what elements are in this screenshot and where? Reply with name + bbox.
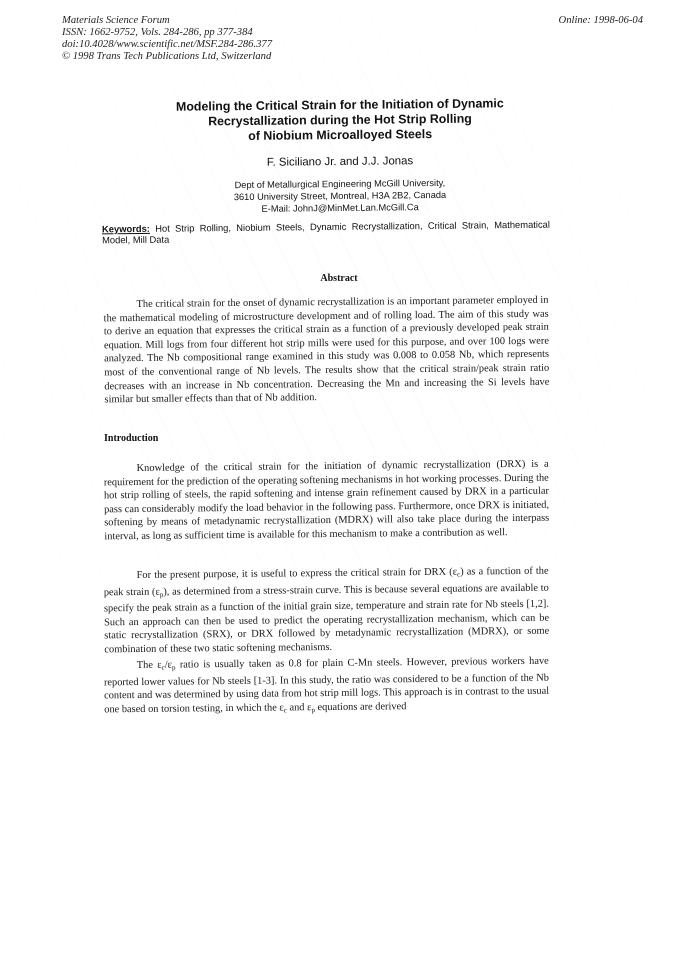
citation-header: Materials Science Forum ISSN: 1662-9752,… [62, 15, 272, 63]
paragraph-text: For the present purpose, it is useful to… [104, 565, 550, 657]
text-run: For the present purpose, it is useful to… [137, 567, 458, 581]
abstract-body: The critical strain for the onset of dyn… [103, 294, 549, 407]
introduction-paragraph-2: For the present purpose, it is useful to… [104, 565, 550, 657]
text-run: The ε [137, 660, 162, 671]
copyright-line: © 1998 Trans Tech Publications Ltd, Swit… [62, 51, 272, 63]
keywords-label: Keywords: [102, 223, 150, 235]
authors: F. Siciliano Jr. and J.J. Jonas [120, 154, 560, 171]
text-run: and ε [287, 702, 312, 713]
abstract-paragraph: The critical strain for the onset of dyn… [103, 294, 549, 407]
abstract-heading: Abstract [0, 273, 678, 284]
keywords-list: Hot Strip Rolling, Niobium Steels, Dynam… [102, 219, 550, 246]
journal-name: Materials Science Forum [62, 15, 272, 27]
doi-link[interactable]: doi:10.4028/www.scientific.net/MSF.284-2… [62, 39, 272, 51]
title-line: of Niobium Microalloyed Steels [120, 126, 560, 146]
introduction-heading: Introduction [104, 433, 158, 444]
paragraph-text: The εc/εp ratio is usually taken as 0.8 … [104, 655, 550, 720]
affiliation: Dept of Metallurgical Engineering McGill… [120, 176, 560, 217]
paragraph-text: Knowledge of the critical strain for the… [104, 458, 550, 544]
text-run: equations are derived [315, 701, 407, 713]
online-date: Online: 1998-06-04 [559, 15, 643, 27]
keywords: Keywords: Hot Strip Rolling, Niobium Ste… [102, 219, 550, 246]
introduction-paragraph-1: Knowledge of the critical strain for the… [104, 458, 550, 544]
issn-line: ISSN: 1662-9752, Vols. 284-286, pp 377-3… [62, 27, 272, 39]
introduction-paragraph-3: The εc/εp ratio is usually taken as 0.8 … [104, 655, 550, 720]
text-run: ), as determined from a stress-strain cu… [104, 582, 549, 655]
paper-title: Modeling the Critical Strain for the Ini… [120, 96, 560, 146]
